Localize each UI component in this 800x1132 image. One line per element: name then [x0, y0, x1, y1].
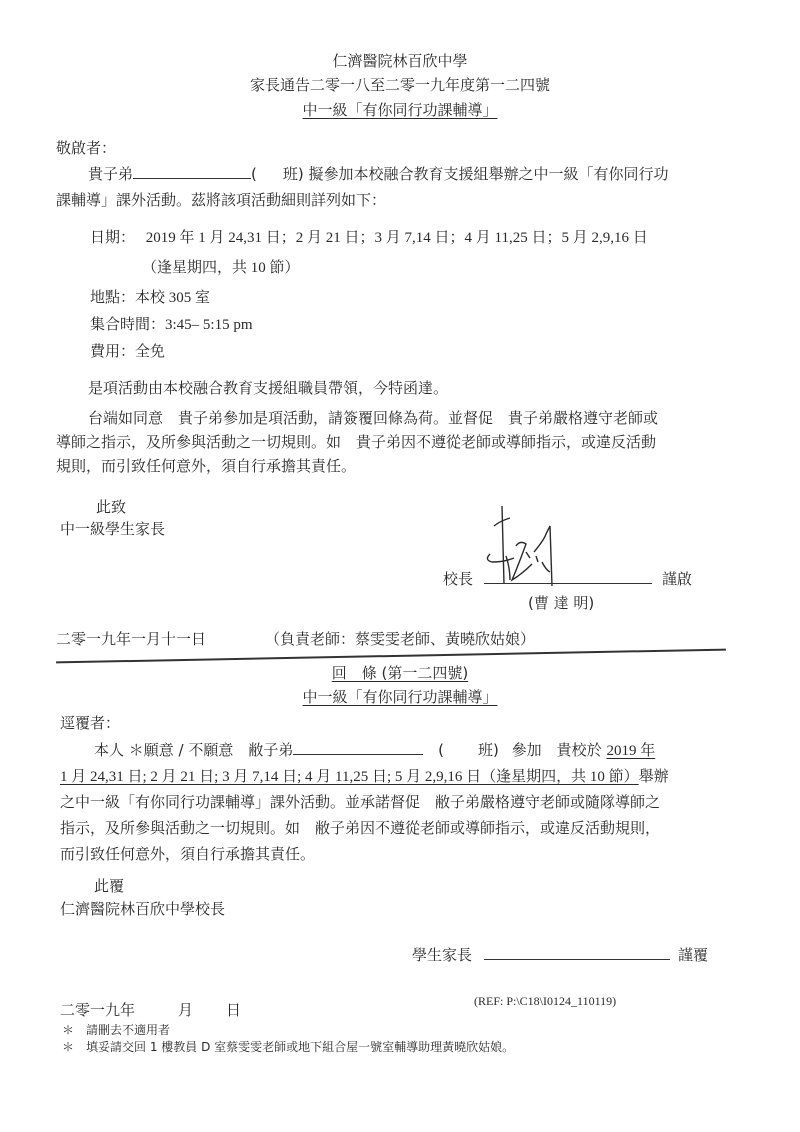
time-value: 3:45– 5:15 pm [165, 317, 253, 333]
date-row: 日期： 2019 年 1 月 24,31 日；2 月 21 日；3 月 7,14… [90, 226, 648, 247]
consent-choice[interactable]: 本人 ＊願意 / 不願意 敝子弟 [94, 741, 293, 759]
principal-signature-icon [480, 496, 620, 588]
parent-label: 學生家長 [412, 944, 472, 965]
para-2-line-2: 導師之指示，及所參與活動之一切規則。如 貴子弟因不遵從老師或導師指示，或違反活動 [56, 431, 656, 452]
reference-code: (REF: P:\C18\I0124_110119) [474, 994, 616, 1009]
reply-line-5: 而引致任何意外，須自行承擔其責任。 [60, 843, 315, 864]
principal-suffix: 謹啟 [662, 568, 692, 589]
reply-line-1: 本人 ＊願意 / 不願意 敝子弟 (班) 參加 貴校於 2019 年 [94, 739, 655, 760]
school-name: 仁濟醫院林百欣中學 [0, 50, 800, 71]
reply-date-month: 月 [178, 999, 193, 1020]
date-label: 日期： [90, 228, 135, 246]
reply-join-text: 參加 貴校於 [512, 741, 602, 759]
reply-slip-divider [56, 649, 726, 663]
footnote-1: ＊ 請刪去不適用者 [62, 1021, 170, 1038]
para-2-line-3: 規則，而引致任何意外，須自行承擔其責任。 [56, 455, 356, 476]
reply-line-2-suffix: 舉辦 [639, 767, 669, 785]
date-value: 2019 年 1 月 24,31 日；2 月 21 日；3 月 7,14 日；4… [146, 230, 648, 246]
reply-title: 回 條 (第一二四號) [332, 664, 468, 682]
closing-1: 此致 [96, 496, 126, 517]
reply-dates: 1 月 24,31 日; 2 月 21 日; 3 月 7,14 日; 4 月 1… [60, 769, 639, 785]
reply-class-label: 班) [478, 741, 499, 759]
parent-suffix: 謹覆 [678, 944, 708, 965]
teachers-in-charge: （負責老師：蔡雯雯老師、黃曉欣姑娘） [265, 628, 535, 649]
venue-label: 地點： [90, 288, 135, 306]
reply-closing-2: 仁濟醫院林百欣中學校長 [60, 898, 225, 919]
closing-2: 中一級學生家長 [60, 518, 165, 539]
principal-signature-line [484, 583, 652, 584]
time-label: 集合時間： [90, 315, 165, 333]
reply-subtitle-wrap: 中一級「有你同行功課輔導」 [0, 686, 800, 707]
reply-class-open: ( [438, 741, 444, 759]
fee-row: 費用：全免 [90, 340, 165, 361]
reply-closing-1: 此覆 [94, 875, 124, 896]
notice-number: 家長通告二零一八至二零一九年度第一二四號 [0, 74, 800, 95]
class-open: ( [251, 165, 257, 183]
reply-line-4: 指示，及所參與活動之一切規則。如 敝子弟因不遵從老師或導師指示，或違反活動規則， [60, 817, 660, 838]
notice-title: 中一級「有你同行功課輔導」 [0, 99, 800, 120]
venue-row: 地點：本校 305 室 [90, 286, 210, 307]
salutation: 敬啟者： [56, 137, 116, 158]
principal-name: (曹 達 明) [528, 592, 594, 613]
reply-year: 2019 年 [606, 743, 655, 759]
reply-subtitle: 中一級「有你同行功課輔導」 [302, 688, 497, 706]
reply-salutation: 逕覆者： [60, 712, 120, 733]
time-row: 集合時間：3:45– 5:15 pm [90, 313, 253, 334]
para-2-line-1: 台端如同意 貴子弟參加是項活動，請簽覆回條為荷。並督促 貴子弟嚴格遵守老師或 [88, 407, 658, 428]
fee-label: 費用： [90, 342, 135, 360]
principal-label: 校長 [443, 568, 473, 589]
para-1: 是項活動由本校融合教育支援組職員帶領，今特函達。 [88, 377, 448, 398]
intro-prefix: 貴子弟 [88, 165, 133, 183]
intro-line-2: 課輔導」課外活動。茲將該項活動細則詳列如下： [56, 189, 386, 210]
reply-line-2: 1 月 24,31 日; 2 月 21 日; 3 月 7,14 日; 4 月 1… [60, 765, 669, 786]
reply-student-name-blank[interactable] [293, 740, 423, 755]
intro-line-1: 貴子弟(班) 擬參加本校融合教育支援組舉辦之中一級「有你同行功 [88, 163, 669, 184]
date-note: （逢星期四，共 10 節） [142, 256, 300, 277]
reply-line-3: 之中一級「有你同行功課輔導」課外活動。並承諾督促 敝子弟嚴格遵守老師或隨隊導師之 [60, 791, 660, 812]
notice-title-text: 中一級「有你同行功課輔導」 [302, 101, 497, 119]
notice-date: 二零一九年一月十一日 [56, 628, 206, 649]
intro-rest: 擬參加本校融合教育支援組舉辦之中一級「有你同行功 [309, 165, 669, 183]
student-name-blank[interactable] [133, 164, 251, 179]
class-label: 班) [283, 165, 304, 183]
parent-signature-line[interactable] [484, 959, 670, 960]
reply-date-day: 日 [226, 999, 241, 1020]
venue-value: 本校 305 室 [135, 290, 210, 306]
fee-value: 全免 [135, 342, 165, 360]
reply-title-wrap: 回 條 (第一二四號) [0, 662, 800, 683]
reply-date-year: 二零一九年 [60, 999, 135, 1020]
footnote-2: ＊ 填妥請交回 1 樓教員 D 室蔡雯雯老師或地下組合屋一號室輔導助理黃曉欣姑娘… [62, 1038, 514, 1055]
